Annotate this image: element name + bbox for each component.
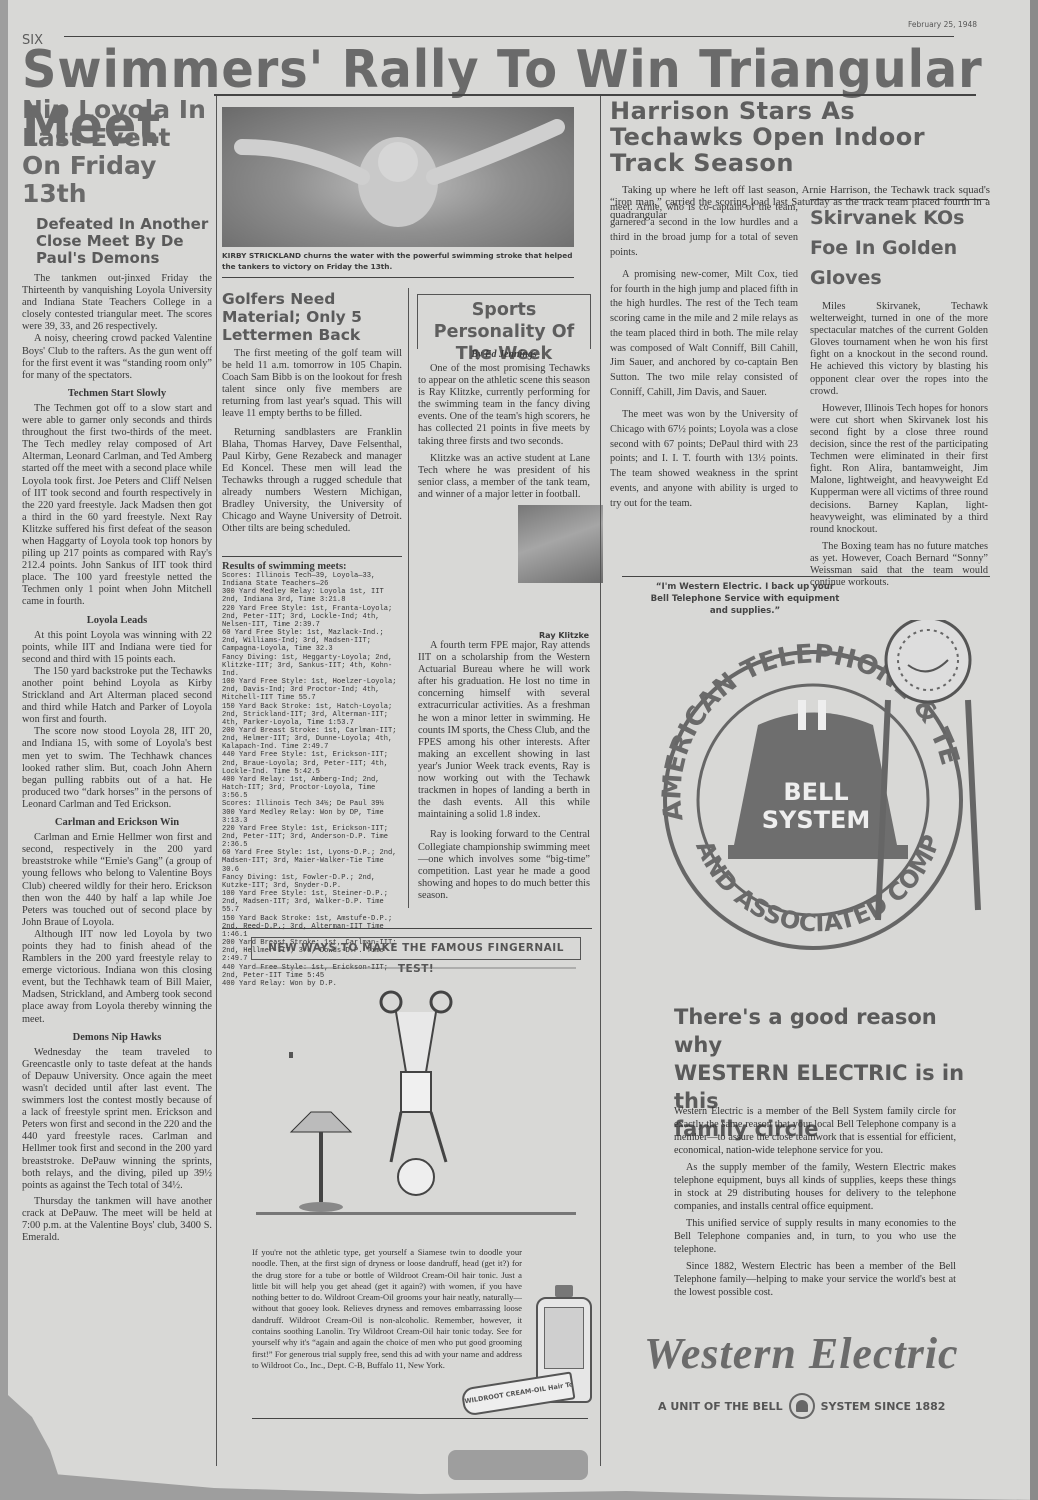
bell-system-logo-icon: AMERICAN TELEPHONE & TELEGRAPH CO. AND A… — [638, 620, 1008, 960]
masthead-rule — [214, 94, 976, 96]
result-line: 220 Yard Free Style: 1st, Erickson-IIT; … — [222, 825, 404, 849]
klitzke-photo — [518, 505, 603, 583]
we-headline-line: There's a good reason why — [674, 1003, 974, 1059]
track-body: meet. Arnie, who is co-captain of the te… — [610, 200, 798, 511]
we-copy: Western Electric is a member of the Bell… — [674, 1105, 956, 1299]
bell-icon — [789, 1393, 815, 1419]
tagline-left: A UNIT OF THE BELL — [658, 1400, 783, 1413]
result-line: 400 Yard Relay: 1st, Amberg-Ind; 2nd, Ha… — [222, 776, 404, 800]
column-rule — [408, 288, 409, 908]
result-line: Fancy Diving: 1st, Fowler-D.P.; 2nd, Kut… — [222, 874, 404, 890]
swimmer-photo — [222, 107, 574, 247]
page-edge — [1030, 0, 1038, 1500]
paragraph: The score now stood Loyola 28, IIT 20, a… — [22, 726, 212, 811]
result-line: Scores: Illinois Tech—39, Loyola—33, Ind… — [222, 572, 404, 588]
personality-story: By Ed Jennings One of the most promising… — [418, 349, 590, 501]
column-rule — [600, 96, 601, 1466]
paragraph: However, Illinois Tech hopes for honors … — [810, 403, 988, 536]
paragraph: The first meeting of the golf team will … — [222, 348, 402, 421]
wildroot-tube-icon: WILDROOT CREAM-OIL Hair Tonic — [460, 1371, 575, 1416]
subhead: Carlman and Erickson Win — [22, 817, 212, 829]
paragraph: The Techmen got off to a slow start and … — [22, 403, 212, 609]
boxing-story: Skirvanek KOs Foe In Golden Gloves Miles… — [810, 203, 988, 589]
paragraph: A promising new-comer, Milt Cox, tied fo… — [610, 268, 798, 400]
subhead: Techmen Start Slowly — [22, 388, 212, 400]
result-line: 150 Yard Back Stroke: 1st, Hatch-Loyola;… — [222, 703, 404, 727]
photo-caption: KIRBY STRICKLAND churns the water with t… — [222, 250, 574, 272]
section-rule — [222, 928, 592, 929]
wildroot-copy: If you're not the athletic type, get you… — [252, 1247, 522, 1371]
paragraph: Wednesday the team traveled to Greencast… — [22, 1047, 212, 1192]
torn-edge — [448, 1450, 588, 1480]
personality-box: Sports Personality Of The Week — [417, 294, 591, 349]
paragraph: This unified service of supply results i… — [674, 1217, 956, 1256]
svg-text:SYSTEM: SYSTEM — [762, 806, 871, 834]
caption-rule — [222, 277, 574, 278]
ad-rule — [252, 1418, 588, 1419]
results-list: Scores: Illinois Tech—39, Loyola—33, Ind… — [222, 572, 404, 988]
swimmer-figure-icon — [222, 107, 574, 247]
section-rule — [222, 556, 402, 557]
paragraph: The tankmen out-jinxed Friday the Thirte… — [22, 273, 212, 333]
paragraph: Although IIT now led Loyola by two point… — [22, 929, 212, 1026]
ad-top-rule — [622, 576, 990, 577]
swim-story: Nip Loyola In Last Event On Friday 13th … — [22, 96, 212, 1244]
paragraph: The meet was won by the University of Ch… — [610, 408, 798, 511]
paragraph: Klitzke was an active student at Lane Te… — [418, 453, 590, 501]
paragraph: Returning sandblasters are Franklin Blah… — [222, 427, 402, 536]
personality-continued: A fourth term FPE major, Ray attends IIT… — [418, 585, 590, 902]
section-rule — [810, 199, 988, 200]
wildroot-illustration — [251, 962, 581, 1230]
result-line: Fancy Diving: 1st, Heggarty-Loyola; 2nd,… — [222, 654, 404, 678]
header-rule — [64, 36, 954, 37]
boxing-headline: Skirvanek KOs Foe In Golden Gloves — [810, 203, 988, 293]
result-line: 220 Yard Free Style: 1st, Franta-Loyola;… — [222, 605, 404, 629]
cartoon-acrobats-icon — [251, 962, 581, 1230]
swim-results: Results of swimming meets: Scores: Illin… — [222, 561, 404, 988]
paragraph: A fourth term FPE major, Ray attends IIT… — [418, 640, 590, 821]
paragraph: Ray is looking forward to the Central Co… — [418, 829, 590, 902]
paragraph: One of the most promising Techawks to ap… — [418, 363, 590, 448]
paragraph: Thursday the tankmen will have another c… — [22, 1196, 212, 1244]
svg-text:BELL: BELL — [783, 778, 848, 806]
result-line: 100 Yard Free Style: 1st, Hoelzer-Loyola… — [222, 678, 404, 702]
newspaper-page: SIX February 25, 1948 Swimmers' Rally To… — [8, 0, 1030, 1500]
page-date: February 25, 1948 — [908, 20, 977, 29]
column-rule — [216, 96, 217, 1466]
result-line: 300 Yard Medley Relay: Loyola 1st, IIT 2… — [222, 588, 404, 604]
golf-headline: Golfers Need Material; Only 5 Lettermen … — [222, 290, 402, 344]
golf-story: Golfers Need Material; Only 5 Lettermen … — [222, 290, 402, 535]
swim-deck: Defeated In Another Close Meet By De Pau… — [36, 216, 212, 267]
result-line: 300 Yard Medley Relay: Won by DP, Time 3… — [222, 809, 404, 825]
tagline-right: SYSTEM SINCE 1882 — [821, 1400, 946, 1413]
result-line: 100 Yard Free Style: 1st, Steiner-D.P.; … — [222, 890, 404, 914]
paragraph: Miles Skirvanek, Techawk welterweight, t… — [810, 301, 988, 398]
paragraph: Western Electric is a member of the Bell… — [674, 1105, 956, 1157]
paragraph: At this point Loyola was winning with 22… — [22, 630, 212, 666]
paragraph: The 150 yard backstroke put the Techawks… — [22, 666, 212, 726]
bell-system-seal: AMERICAN TELEPHONE & TELEGRAPH CO. AND A… — [638, 620, 1008, 960]
track-headline: Harrison Stars As Techawks Open Indoor T… — [610, 98, 990, 176]
western-electric-logo: Western Electric — [644, 1328, 959, 1379]
wildroot-banner-box: NEW WAYS TO MAKE THE FAMOUS FINGERNAIL T… — [251, 937, 581, 960]
we-quote: “I'm Western Electric. I back up your Be… — [650, 581, 840, 617]
result-line: 200 Yard Breast Stroke: 1st, Carlman-IIT… — [222, 727, 404, 751]
paragraph: A noisy, cheering crowd packed Valentine… — [22, 333, 212, 381]
result-line: 60 Yard Free Style: 1st, Mazlack-Ind.; 2… — [222, 629, 404, 653]
result-line: 60 Yard Free Style: 1st, Lyons-D.P.; 2nd… — [222, 849, 404, 873]
subhead: Demons Nip Hawks — [22, 1032, 212, 1044]
paragraph: As the supply member of the family, West… — [674, 1161, 956, 1213]
paragraph: Since 1882, Western Electric has been a … — [674, 1260, 956, 1299]
we-tagline: A UNIT OF THE BELL SYSTEM SINCE 1882 — [658, 1393, 978, 1419]
swim-headline: Nip Loyola In Last Event On Friday 13th — [22, 96, 212, 208]
paragraph: Carlman and Ernie Hellmer won first and … — [22, 832, 212, 929]
paragraph: meet. Arnie, who is co-captain of the te… — [610, 200, 798, 260]
result-line: Scores: Illinois Tech 34½; De Paul 39½ — [222, 800, 404, 808]
result-line: 150 Yard Back Stroke: 1st, Amstufe-D.P.;… — [222, 915, 404, 939]
result-line: 440 Yard Free Style: 1st, Erickson-IIT; … — [222, 751, 404, 775]
byline: By Ed Jennings — [418, 349, 590, 360]
results-title: Results of swimming meets: — [222, 561, 404, 572]
subhead: Loyola Leads — [22, 615, 212, 627]
